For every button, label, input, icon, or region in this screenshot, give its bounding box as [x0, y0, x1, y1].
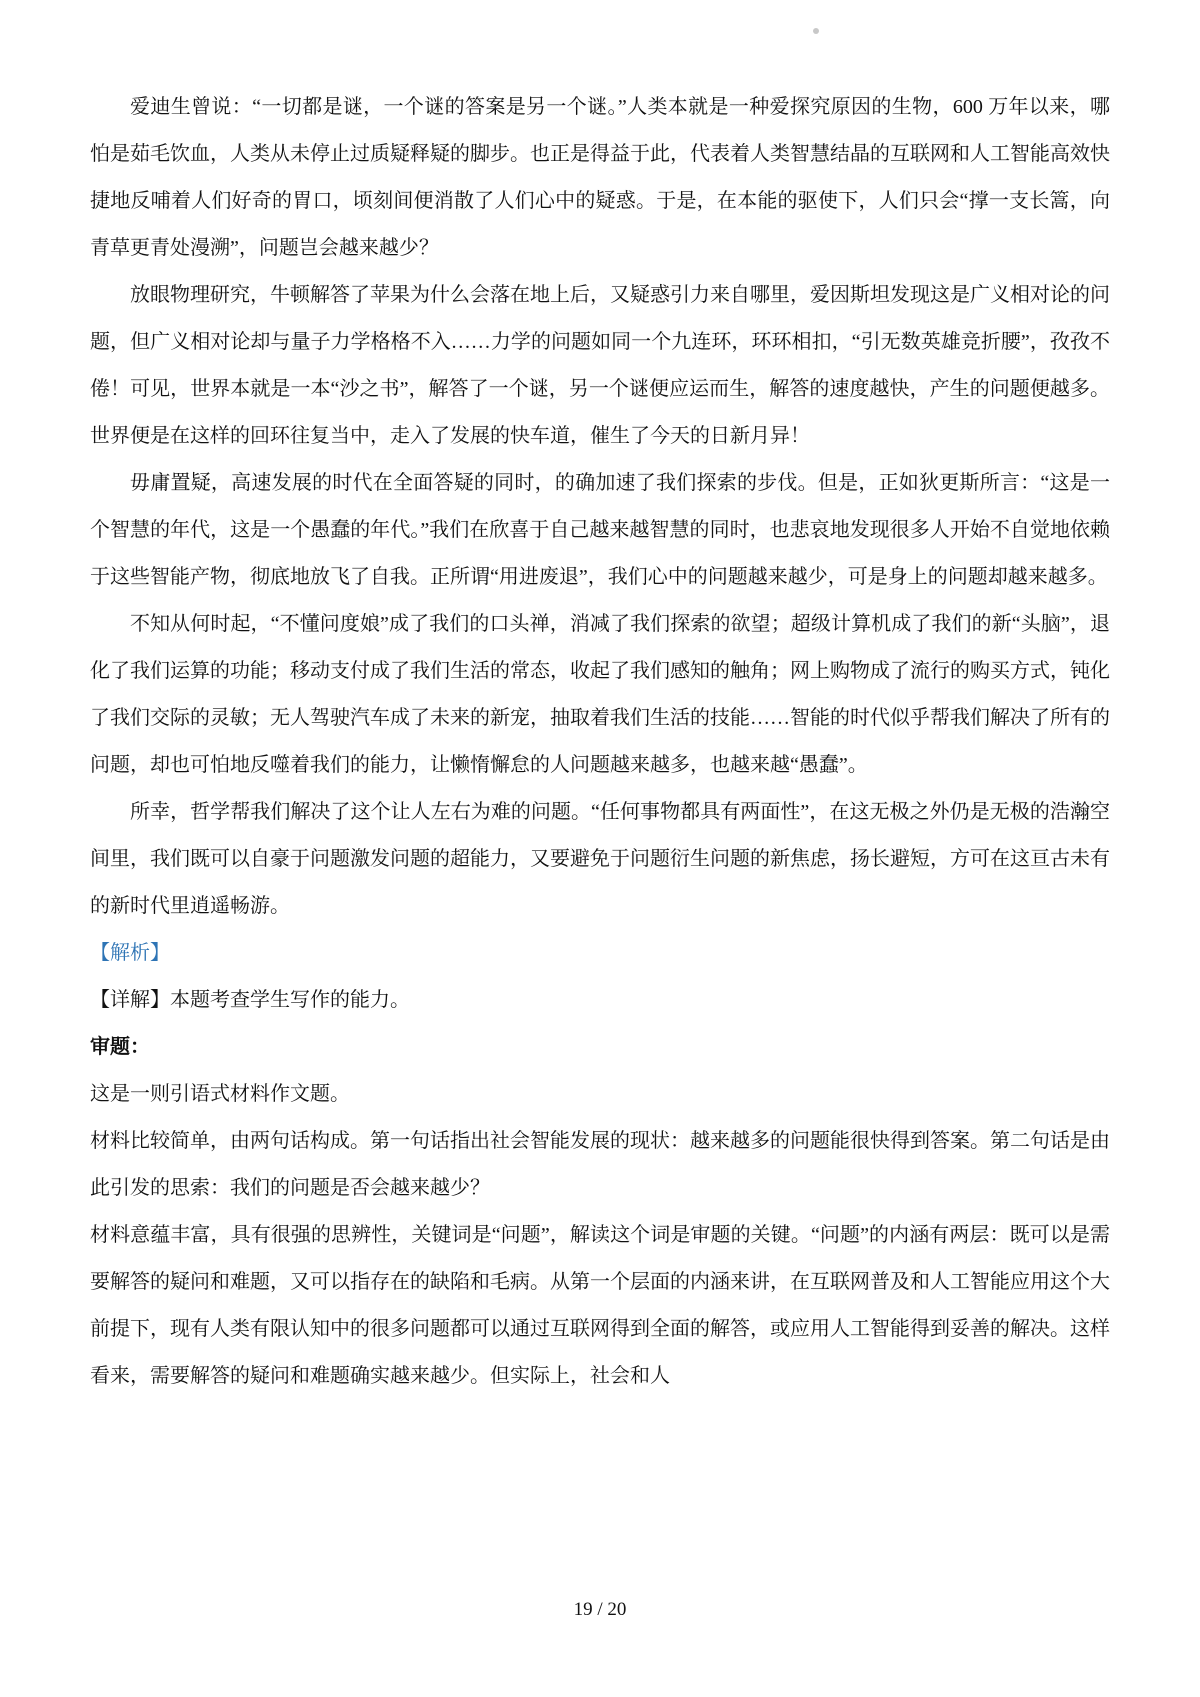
essay-paragraph-4: 不知从何时起，“不懂问度娘”成了我们的口头禅，消减了我们探索的欲望；超级计算机成…	[90, 601, 1110, 789]
essay-paragraph-5: 所幸，哲学帮我们解决了这个让人左右为难的问题。“任何事物都具有两面性”，在这无极…	[90, 789, 1110, 930]
essay-paragraph-3: 毋庸置疑，高速发展的时代在全面答疑的同时，的确加速了我们探索的步伐。但是，正如狄…	[90, 460, 1110, 601]
page-number: 19 / 20	[0, 1598, 1200, 1622]
detail-explanation-line: 【详解】本题考查学生写作的能力。	[90, 977, 1110, 1024]
essay-paragraph-2: 放眼物理研究，牛顿解答了苹果为什么会落在地上后，又疑惑引力来自哪里，爱因斯坦发现…	[90, 272, 1110, 460]
scan-artifact-dot	[813, 28, 819, 34]
document-body: 爱迪生曾说：“一切都是谜，一个谜的答案是另一个谜。”人类本就是一种爱探究原因的生…	[90, 84, 1110, 1400]
analysis-line-2: 材料比较简单，由两句话构成。第一句话指出社会智能发展的现状：越来越多的问题能很快…	[90, 1118, 1110, 1212]
analysis-line-3: 材料意蕴丰富，具有很强的思辨性，关键词是“问题”，解读这个词是审题的关键。“问题…	[90, 1212, 1110, 1400]
document-page: 爱迪生曾说：“一切都是谜，一个谜的答案是另一个谜。”人类本就是一种爱探究原因的生…	[0, 0, 1200, 1697]
topic-review-heading: 审题：	[90, 1024, 1110, 1071]
essay-paragraph-1: 爱迪生曾说：“一切都是谜，一个谜的答案是另一个谜。”人类本就是一种爱探究原因的生…	[90, 84, 1110, 272]
analysis-section-label: 【解析】	[90, 930, 1110, 977]
analysis-line-1: 这是一则引语式材料作文题。	[90, 1071, 1110, 1118]
